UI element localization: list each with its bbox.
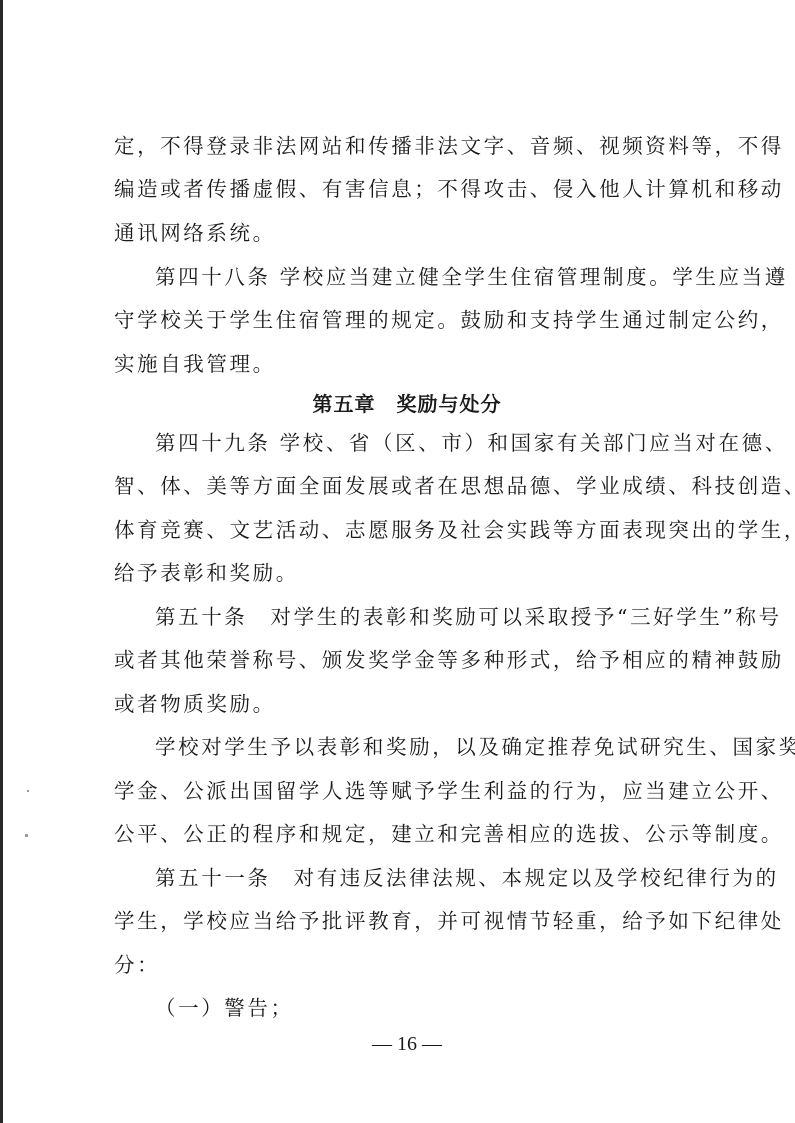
article-50-line: 或者物质奖励。 bbox=[114, 692, 276, 716]
article-51-line: 学生，学校应当给予批评教育，并可视情节轻重，给予如下纪律处 bbox=[114, 909, 784, 933]
text-line: 编造或者传播虚假、有害信息；不得攻击、侵入他人计算机和移动 bbox=[114, 177, 784, 201]
text-line: 通讯网络系统。 bbox=[114, 221, 276, 245]
scan-border bbox=[0, 0, 3, 1123]
article-49-line: 体育竞赛、文艺活动、志愿服务及社会实践等方面表现突出的学生， bbox=[114, 518, 795, 542]
article-49-line: 给予表彰和奖励。 bbox=[114, 561, 299, 585]
scan-speck bbox=[25, 834, 28, 837]
article-50-para-2-line: 学校对学生予以表彰和奖励，以及确定推荐免试研究生、国家奖 bbox=[155, 735, 795, 759]
scan-speck bbox=[27, 790, 29, 792]
article-50-para-2-line: 学金、公派出国留学人选等赋予学生利益的行为，应当建立公开、 bbox=[114, 779, 784, 803]
article-51-line: 分： bbox=[114, 953, 160, 977]
article-51-line: 第五十一条 对有违反法律法规、本规定以及学校纪律行为的 bbox=[155, 866, 779, 890]
article-48-line: 实施自我管理。 bbox=[114, 352, 276, 376]
page-number: — 16 — bbox=[114, 1032, 700, 1056]
article-50-para-2-line: 公平、公正的程序和规定，建立和完善相应的选拔、公示等制度。 bbox=[114, 822, 784, 846]
article-49-line: 第四十九条 学校、省（区、市）和国家有关部门应当对在德、 bbox=[155, 431, 788, 455]
article-48-line: 第四十八条 学校应当建立健全学生住宿管理制度。学生应当遵 bbox=[155, 265, 788, 289]
article-50-line: 或者其他荣誉称号、颁发奖学金等多种形式，给予相应的精神鼓励 bbox=[114, 648, 784, 672]
chapter-heading: 第五章 奖励与处分 bbox=[114, 392, 700, 416]
article-48-line: 守学校关于学生住宿管理的规定。鼓励和支持学生通过制定公约， bbox=[114, 308, 784, 332]
article-50-line: 第五十条 对学生的表彰和奖励可以采取授予“三好学生”称号 bbox=[155, 605, 782, 629]
article-51-item-1: （一）警告； bbox=[155, 996, 294, 1020]
article-49-line: 智、体、美等方面全面发展或者在思想品德、学业成绩、科技创造、 bbox=[114, 474, 795, 498]
text-line: 定，不得登录非法网站和传播非法文字、音频、视频资料等，不得 bbox=[114, 134, 784, 158]
